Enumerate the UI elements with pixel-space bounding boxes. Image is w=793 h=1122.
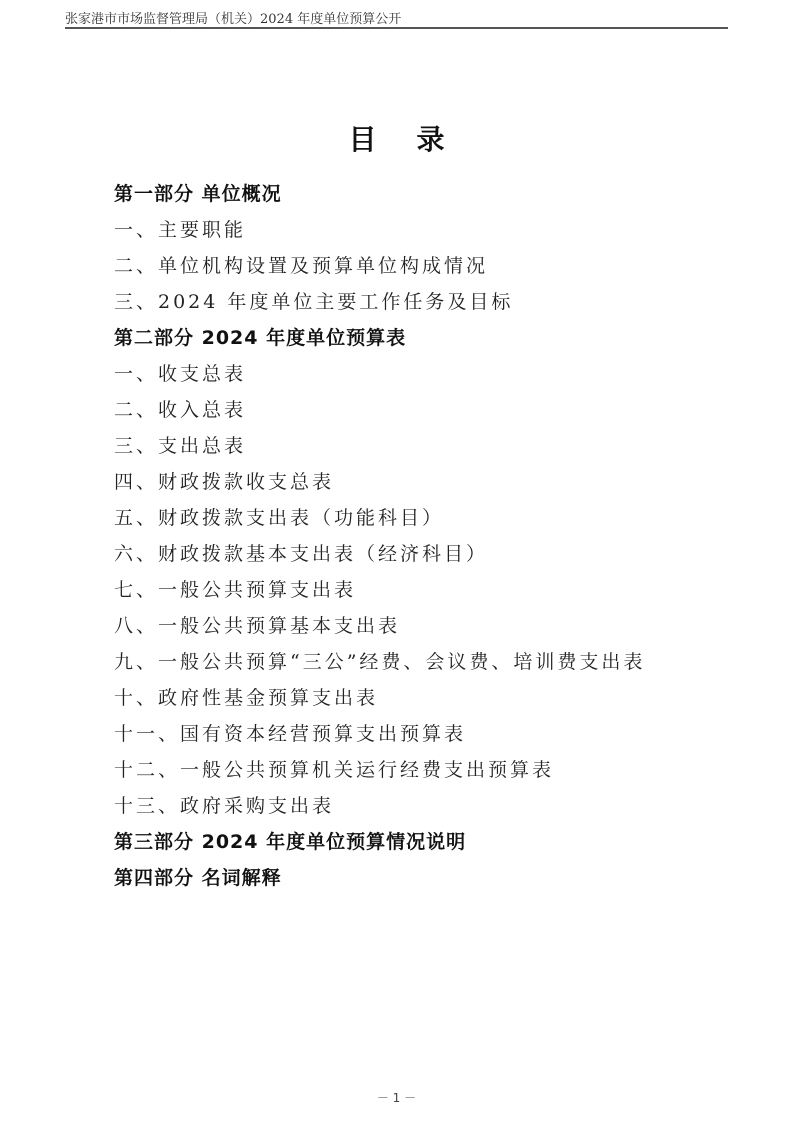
toc-entry[interactable]: 七、一般公共预算支出表: [114, 572, 645, 608]
toc-entry[interactable]: 二、单位机构设置及预算单位构成情况: [114, 248, 645, 284]
toc-entry[interactable]: 六、财政拨款基本支出表（经济科目）: [114, 536, 645, 572]
toc-entry[interactable]: 十、政府性基金预算支出表: [114, 680, 645, 716]
toc-entry[interactable]: 三、2024 年度单位主要工作任务及目标: [114, 284, 645, 320]
page-title: 目录: [0, 118, 793, 158]
toc-entry[interactable]: 一、主要职能: [114, 212, 645, 248]
toc-part[interactable]: 第三部分 2024 年度单位预算情况说明: [114, 824, 645, 860]
toc-entry[interactable]: 十二、一般公共预算机关运行经费支出预算表: [114, 752, 645, 788]
toc-entry[interactable]: 八、一般公共预算基本支出表: [114, 608, 645, 644]
toc-entry[interactable]: 九、一般公共预算“三公”经费、会议费、培训费支出表: [114, 644, 645, 680]
toc-entry[interactable]: 三、支出总表: [114, 428, 645, 464]
table-of-contents: 第一部分 单位概况 一、主要职能 二、单位机构设置及预算单位构成情况 三、202…: [114, 176, 645, 896]
toc-entry[interactable]: 一、收支总表: [114, 356, 645, 392]
toc-part[interactable]: 第四部分 名词解释: [114, 860, 645, 896]
toc-entry[interactable]: 五、财政拨款支出表（功能科目）: [114, 500, 645, 536]
header-title: 张家港市市场监督管理局（机关）2024 年度单位预算公开: [65, 8, 401, 27]
toc-entry[interactable]: 二、收入总表: [114, 392, 645, 428]
page-number: － 1 －: [0, 1089, 793, 1106]
toc-entry[interactable]: 十一、国有资本经营预算支出预算表: [114, 716, 645, 752]
toc-entry[interactable]: 四、财政拨款收支总表: [114, 464, 645, 500]
toc-part[interactable]: 第一部分 单位概况: [114, 176, 645, 212]
toc-entry[interactable]: 十三、政府采购支出表: [114, 788, 645, 824]
header-divider: [65, 27, 728, 29]
toc-part[interactable]: 第二部分 2024 年度单位预算表: [114, 320, 645, 356]
